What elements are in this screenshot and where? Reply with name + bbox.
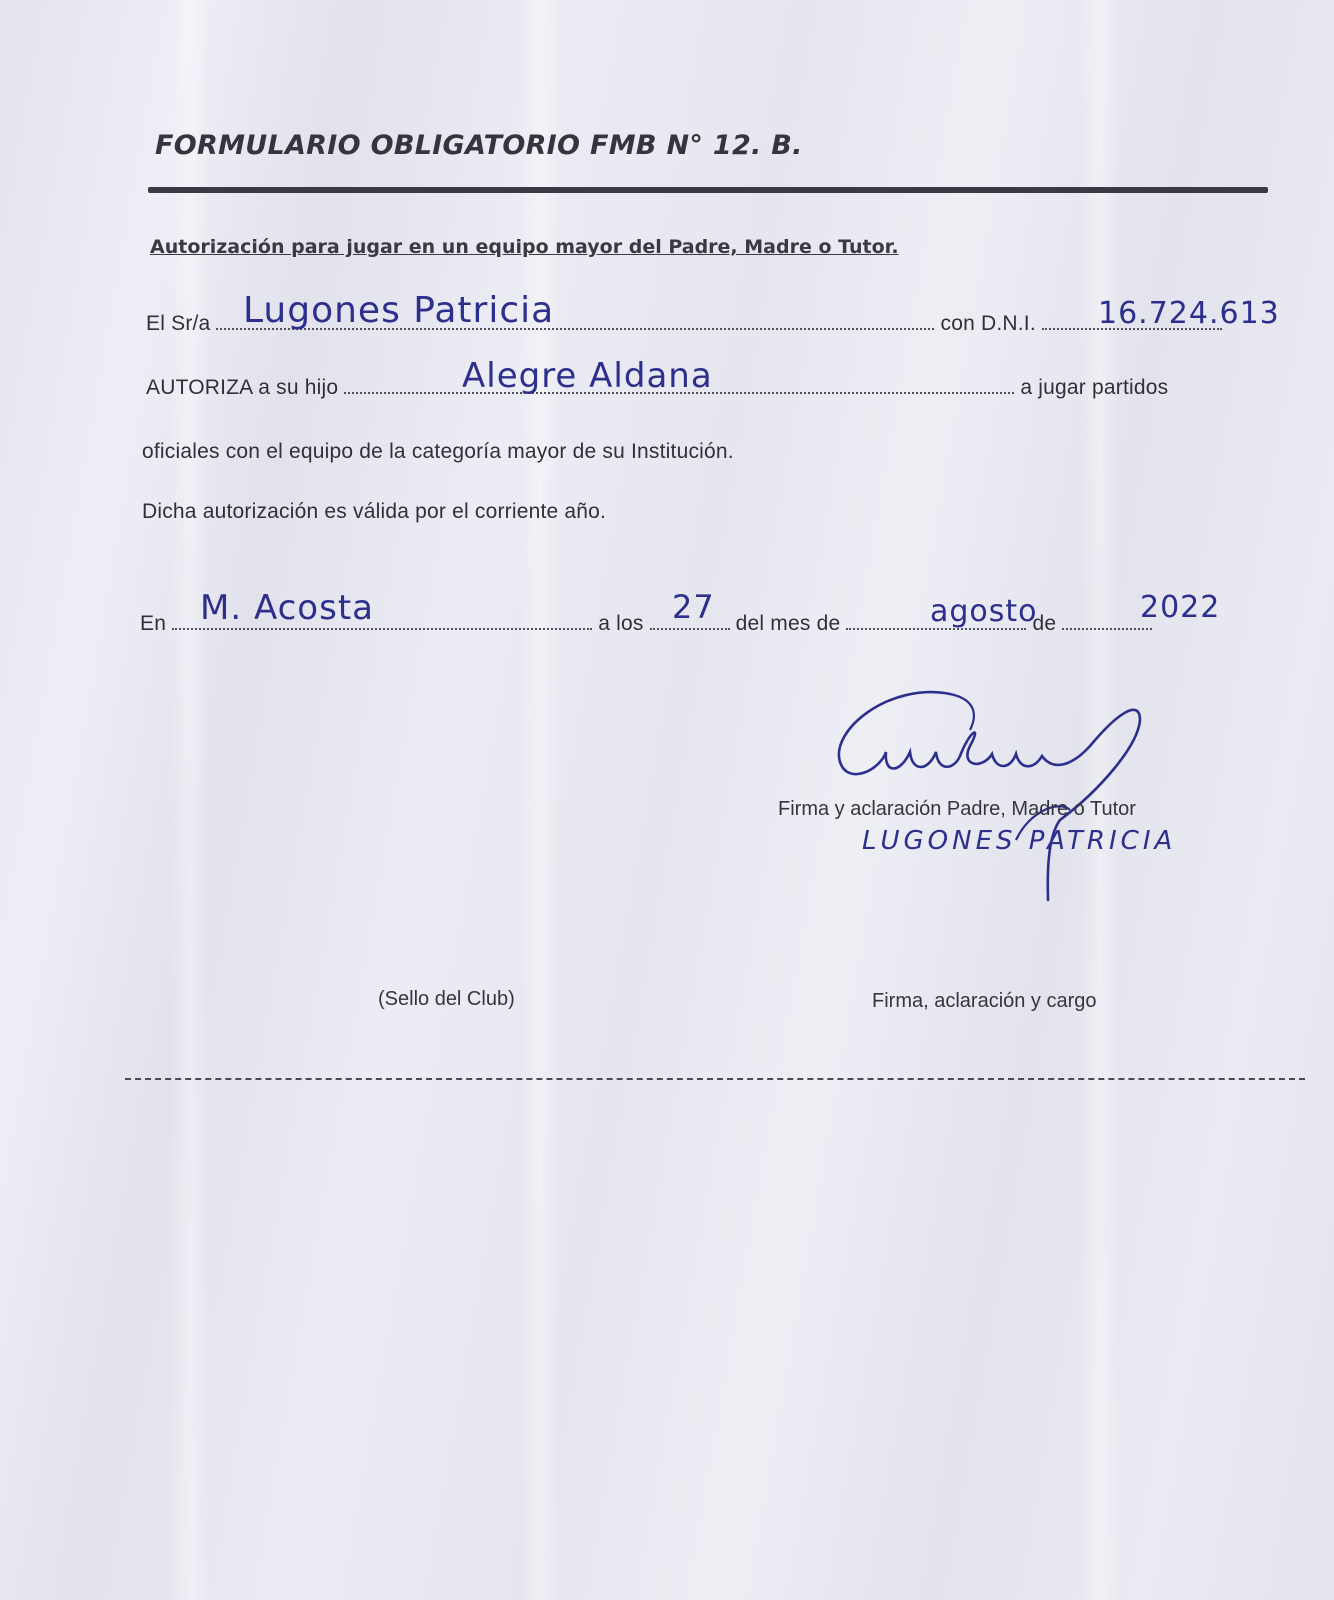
title-rule [148,187,1268,193]
form-subtitle: Autorización para jugar en un equipo may… [150,236,899,258]
mes-label: del mes de [736,612,841,635]
child-name-handwritten: Alegre Aldana [462,356,713,396]
line-validity: Dicha autorización es válida por el corr… [142,500,606,524]
year-field[interactable] [1062,624,1152,630]
club-signature-label: Firma, aclaración y cargo [872,990,1097,1013]
month-handwritten: agosto [930,594,1038,629]
year-handwritten: 2022 [1140,590,1220,625]
parent-prefix: El Sr/a [146,312,210,335]
en-label: En [140,612,166,635]
club-seal-label: (Sello del Club) [378,988,515,1011]
a-los-label: a los [598,612,643,635]
dni-handwritten: 16.724.613 [1098,296,1280,331]
parent-name-handwritten: Lugones Patricia [243,290,554,331]
dni-label: con D.N.I. [941,312,1036,335]
line-official-matches: oficiales con el equipo de la categoría … [142,440,734,464]
form-title: FORMULARIO OBLIGATORIO FMB N° 12. B. [155,130,803,161]
parent-signature-label: Firma y aclaración Padre, Madre o Tutor [778,798,1136,821]
place-handwritten: M. Acosta [200,588,374,628]
child-suffix: a jugar partidos [1020,376,1168,399]
cut-line [125,1078,1305,1080]
day-handwritten: 27 [672,588,715,626]
parent-clarification-handwritten: LUGONES PATRICIA [862,826,1176,856]
child-prefix: AUTORIZA a su hijo [146,376,338,399]
